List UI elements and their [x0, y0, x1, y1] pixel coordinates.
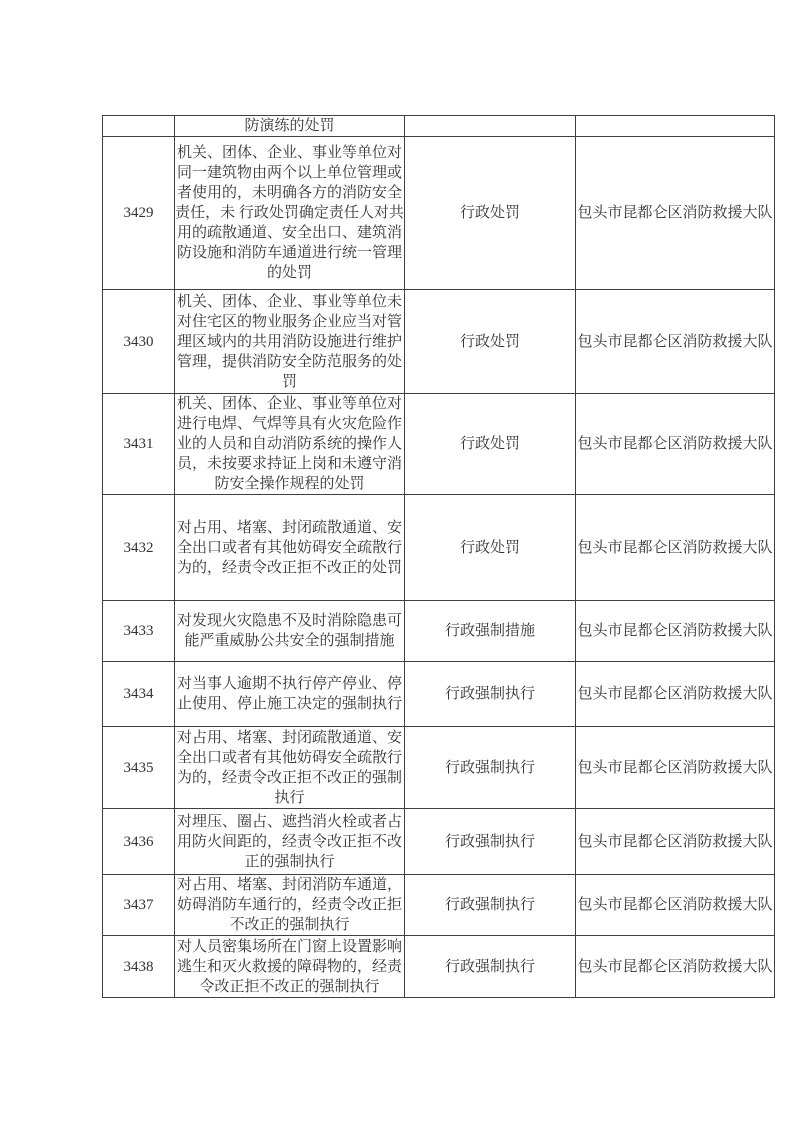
cell-item-description: 机关、团体、企业、事业等单位对同一建筑物由两个以上单位管理或者使用的，未明确各方… [175, 137, 405, 290]
cell-item-number: 3429 [103, 137, 175, 290]
cell-item-description: 对占用、堵塞、封闭疏散通道、安全出口或者有其他妨碍安全疏散行为的，经责令改正拒不… [175, 495, 405, 601]
cell-item-description: 机关、团体、企业、事业等单位对进行电焊、气焊等具有火灾危险作业的人员和自动消防系… [175, 394, 405, 495]
table-row: 3432 对占用、堵塞、封闭疏散通道、安全出口或者有其他妨碍安全疏散行为的，经责… [103, 495, 775, 601]
cell-item-description: 对埋压、圈占、遮挡消火栓或者占用防火间距的，经责令改正拒不改正的强制执行 [175, 809, 405, 875]
cell-power-type: 行政强制执行 [405, 727, 576, 809]
table-row: 3436 对埋压、圈占、遮挡消火栓或者占用防火间距的，经责令改正拒不改正的强制执… [103, 809, 775, 875]
cell-implementing-org: 包头市昆都仑区消防救援大队 [576, 495, 775, 601]
cell-implementing-org [576, 116, 775, 137]
cell-implementing-org: 包头市昆都仑区消防救援大队 [576, 875, 775, 936]
cell-item-number: 3438 [103, 936, 175, 998]
table-row: 3437 对占用、堵塞、封闭消防车通道，妨碍消防车通行的，经责令改正拒不改正的强… [103, 875, 775, 936]
table-row: 3429 机关、团体、企业、事业等单位对同一建筑物由两个以上单位管理或者使用的，… [103, 137, 775, 290]
cell-item-number: 3434 [103, 662, 175, 727]
cell-power-type: 行政处罚 [405, 290, 576, 394]
cell-power-type: 行政强制措施 [405, 601, 576, 662]
cell-item-number [103, 116, 175, 137]
cell-item-description: 对占用、堵塞、封闭疏散通道、安全出口或者有其他妨碍安全疏散行为的，经责令改正拒不… [175, 727, 405, 809]
cell-implementing-org: 包头市昆都仑区消防救援大队 [576, 662, 775, 727]
administrative-items-table: 防演练的处罚 3429 机关、团体、企业、事业等单位对同一建筑物由两个以上单位管… [102, 115, 775, 998]
cell-power-type: 行政强制执行 [405, 809, 576, 875]
cell-item-description: 机关、团体、企业、事业等单位未对住宅区的物业服务企业应当对管理区域内的共用消防设… [175, 290, 405, 394]
cell-item-number: 3433 [103, 601, 175, 662]
cell-item-number: 3432 [103, 495, 175, 601]
cell-implementing-org: 包头市昆都仑区消防救援大队 [576, 137, 775, 290]
cell-power-type: 行政强制执行 [405, 875, 576, 936]
cell-item-description: 对发现火灾隐患不及时消除隐患可能严重威胁公共安全的强制措施 [175, 601, 405, 662]
cell-item-description: 防演练的处罚 [175, 116, 405, 137]
cell-implementing-org: 包头市昆都仑区消防救援大队 [576, 809, 775, 875]
cell-item-number: 3437 [103, 875, 175, 936]
cell-implementing-org: 包头市昆都仑区消防救援大队 [576, 936, 775, 998]
cell-power-type: 行政强制执行 [405, 662, 576, 727]
table-row-carryover: 防演练的处罚 [103, 116, 775, 137]
cell-item-number: 3430 [103, 290, 175, 394]
table-row: 3431 机关、团体、企业、事业等单位对进行电焊、气焊等具有火灾危险作业的人员和… [103, 394, 775, 495]
cell-implementing-org: 包头市昆都仑区消防救援大队 [576, 290, 775, 394]
document-page: 防演练的处罚 3429 机关、团体、企业、事业等单位对同一建筑物由两个以上单位管… [0, 0, 793, 1122]
cell-item-number: 3431 [103, 394, 175, 495]
cell-implementing-org: 包头市昆都仑区消防救援大队 [576, 394, 775, 495]
table-row: 3434 对当事人逾期不执行停产停业、停止使用、停止施工决定的强制执行 行政强制… [103, 662, 775, 727]
cell-power-type [405, 116, 576, 137]
table-row: 3430 机关、团体、企业、事业等单位未对住宅区的物业服务企业应当对管理区域内的… [103, 290, 775, 394]
cell-power-type: 行政处罚 [405, 394, 576, 495]
cell-power-type: 行政处罚 [405, 495, 576, 601]
cell-item-description: 对占用、堵塞、封闭消防车通道，妨碍消防车通行的，经责令改正拒不改正的强制执行 [175, 875, 405, 936]
table-row: 3438 对人员密集场所在门窗上设置影响逃生和灭火救援的障碍物的，经责令改正拒不… [103, 936, 775, 998]
cell-item-number: 3435 [103, 727, 175, 809]
cell-item-number: 3436 [103, 809, 175, 875]
cell-power-type: 行政强制执行 [405, 936, 576, 998]
table-row: 3435 对占用、堵塞、封闭疏散通道、安全出口或者有其他妨碍安全疏散行为的，经责… [103, 727, 775, 809]
table-row: 3433 对发现火灾隐患不及时消除隐患可能严重威胁公共安全的强制措施 行政强制措… [103, 601, 775, 662]
cell-implementing-org: 包头市昆都仑区消防救援大队 [576, 727, 775, 809]
cell-item-description: 对当事人逾期不执行停产停业、停止使用、停止施工决定的强制执行 [175, 662, 405, 727]
table-body: 防演练的处罚 3429 机关、团体、企业、事业等单位对同一建筑物由两个以上单位管… [103, 116, 775, 998]
cell-item-description: 对人员密集场所在门窗上设置影响逃生和灭火救援的障碍物的，经责令改正拒不改正的强制… [175, 936, 405, 998]
cell-implementing-org: 包头市昆都仑区消防救援大队 [576, 601, 775, 662]
cell-power-type: 行政处罚 [405, 137, 576, 290]
